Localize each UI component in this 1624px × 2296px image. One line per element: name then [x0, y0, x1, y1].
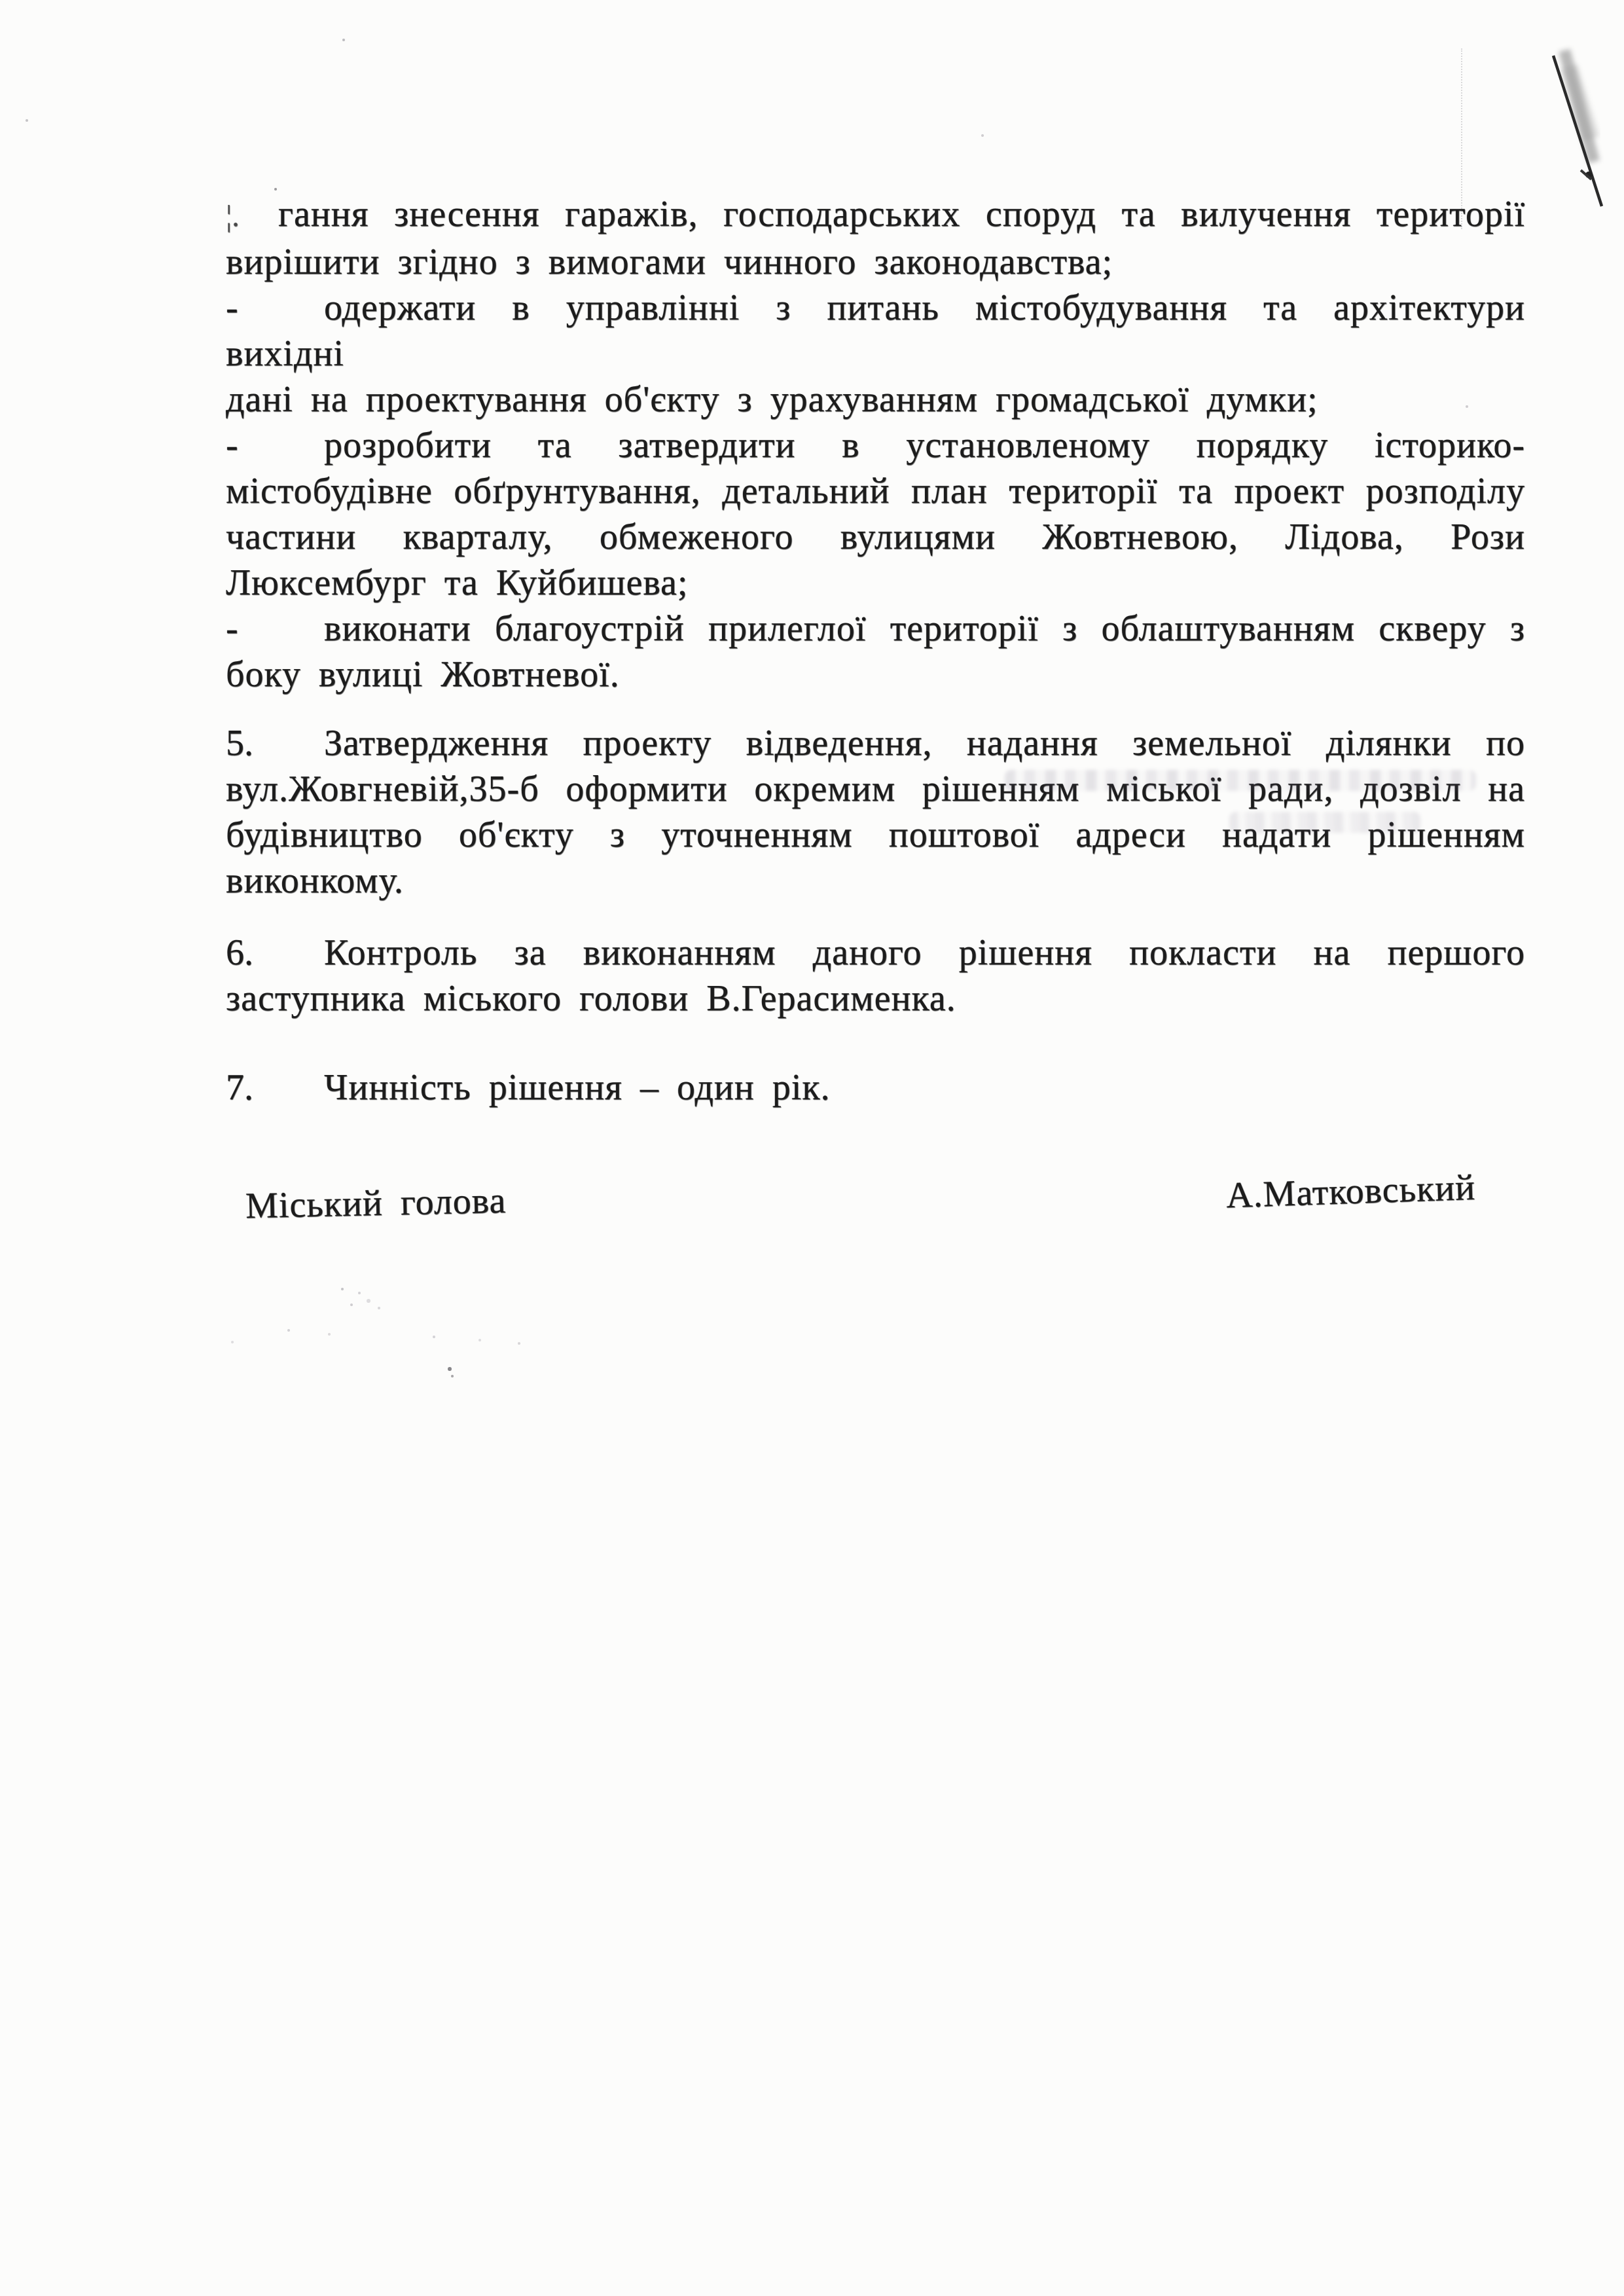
document-line: Люксембург та Куйбишева; — [226, 560, 1525, 606]
document-line: заступника міського голови В.Герасименка… — [226, 975, 1525, 1021]
document-line: -розробити та затвердити в установленому… — [226, 422, 1525, 468]
scanned-document-page: ¦.гання знесення гаражів, господарських … — [0, 0, 1624, 2296]
line-text: одержати в управлінні з питань містобуду… — [226, 287, 1525, 374]
signature-name: А.Матковський — [1225, 1167, 1476, 1217]
line-text: Затвердження проекту відведення, надання… — [324, 723, 1525, 763]
document-line-item-7: 7.Чинність рішення – один рік. — [226, 1065, 1525, 1110]
list-dash-marker: - — [226, 606, 324, 651]
line-text: заступника міського голови В.Герасименка… — [226, 978, 956, 1019]
cutoff-text-mark: ¦. — [226, 193, 278, 239]
document-line: виконкому. — [226, 858, 1525, 903]
line-text: дані на проектування об'єкту з урахуванн… — [226, 379, 1318, 420]
document-line: частини кварталу, обмеженого вулицями Жо… — [226, 514, 1525, 560]
document-line: -одержати в управлінні з питань містобуд… — [226, 285, 1525, 376]
document-body: ¦.гання знесення гаражів, господарських … — [226, 191, 1525, 1110]
line-text: виконкому. — [226, 860, 404, 901]
item-number: 5. — [226, 720, 324, 766]
list-dash-marker: - — [226, 285, 324, 331]
line-text: розробити та затвердити в установленому … — [324, 425, 1525, 465]
line-text: Контроль за виконанням даного рішення по… — [324, 932, 1525, 973]
line-text: Люксембург та Куйбишева; — [226, 562, 688, 603]
signature-role-title: Міський голова — [245, 1180, 506, 1227]
document-line-item-5: 5.Затвердження проекту відведення, надан… — [226, 720, 1525, 766]
document-line: містобудівне обґрунтування, детальний пл… — [226, 468, 1525, 514]
list-dash-marker: - — [226, 422, 324, 468]
document-line: дані на проектування об'єкту з урахуванн… — [226, 376, 1525, 422]
line-text: гання знесення гаражів, господарських сп… — [278, 194, 1525, 234]
scan-speckles — [0, 0, 1, 1]
line-text: виконати благоустрій прилеглої території… — [324, 608, 1525, 649]
document-line: боку вулиці Жовтневої. — [226, 651, 1525, 697]
item-number: 6. — [226, 930, 324, 975]
line-text: Чинність рішення – один рік. — [324, 1067, 831, 1108]
item-number: 7. — [226, 1065, 324, 1110]
document-line: ¦.гання знесення гаражів, господарських … — [226, 191, 1525, 239]
bleed-through-smudge — [1005, 770, 1476, 791]
fold-line-scan-artifact — [1461, 48, 1462, 229]
document-line-item-6: 6.Контроль за виконанням даного рішення … — [226, 930, 1525, 975]
pen-stroke-scan-artifact — [1528, 41, 1620, 217]
document-line: -виконати благоустрій прилеглої територі… — [226, 606, 1525, 651]
bleed-through-smudge — [1229, 812, 1420, 833]
line-text: боку вулиці Жовтневої. — [226, 654, 620, 695]
line-text: частини кварталу, обмеженого вулицями Жо… — [226, 517, 1525, 557]
document-line: вирішити згідно з вимогами чинного закон… — [226, 239, 1525, 285]
line-text: вирішити згідно з вимогами чинного закон… — [226, 242, 1113, 282]
signature-block: Міський голова А.Матковський — [226, 1171, 1525, 1249]
line-text: містобудівне обґрунтування, детальний пл… — [226, 471, 1525, 511]
